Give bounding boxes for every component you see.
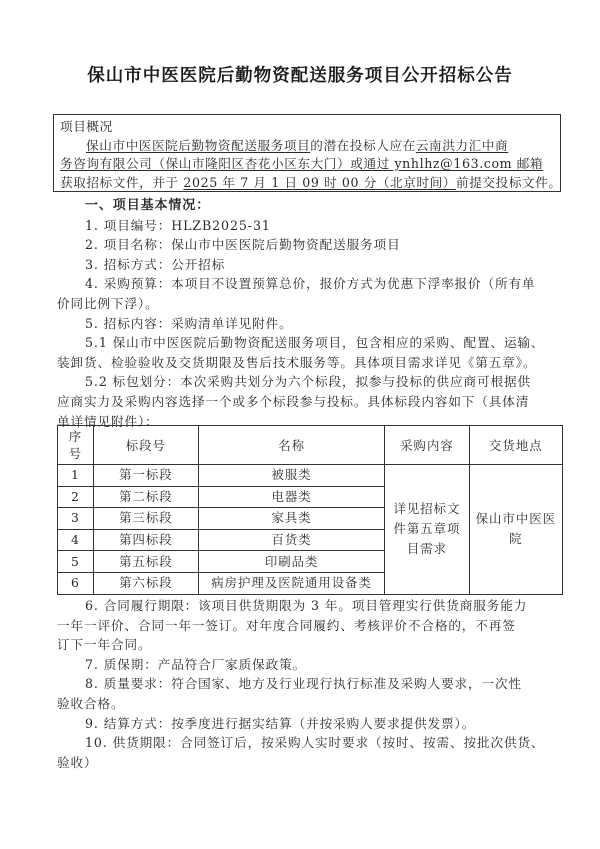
item-quality-cont: 验收合格。 [57, 694, 567, 714]
item-5-2: 5.2 标包划分：本次采购共划分为六个标段，拟参与投标的供应商可根据供 [57, 372, 567, 392]
header-lot: 标段号 [93, 426, 198, 465]
item-budget-cont: 价同比例下浮）。 [57, 294, 567, 314]
cell-no: 2 [58, 486, 94, 508]
item-tender-method: 3. 招标方式：公开招标 [57, 255, 567, 275]
item-5-1: 5.1 保山市中医医院后勤物资配送服务项目，包含相应的采购、配置、运输、 [57, 333, 567, 353]
item-project-number: 1. 项目编号：HLZB2025-31 [57, 216, 567, 236]
cell-lot: 第二标段 [93, 486, 198, 508]
section-basic-info: 一、项目基本情况： 1. 项目编号：HLZB2025-31 2. 项目名称：保山… [57, 196, 567, 431]
overview-text: 前提交投标文件。 [456, 175, 562, 190]
cell-name: 病房护理及医院通用设备类 [198, 572, 384, 594]
overview-line-1: 保山市中医医院后勤物资配送服务项目的潜在投标人应在云南洪力汇中商 [60, 137, 554, 156]
cell-name: 被服类 [198, 465, 384, 487]
item-contract-period-cont: 一年一评价、合同一年一签订。对年度合同履约、考核评价不合格的，不再签 [57, 616, 567, 636]
header-no: 序号 [58, 426, 94, 465]
item-contract-period-cont2: 订下一年合同。 [57, 635, 567, 655]
table-header-row: 序号 标段号 名称 采购内容 交货地点 [58, 426, 563, 465]
cell-lot: 第四标段 [93, 529, 198, 551]
cell-lot: 第五标段 [93, 551, 198, 573]
item-quality: 8. 质量要求：符合国家、地方及行业现行执行标准及采购人要求，一次性 [57, 674, 567, 694]
overview-text: 的潜在投标人应在 [310, 138, 416, 153]
page-title: 保山市中医医院后勤物资配送服务项目公开招标公告 [0, 62, 600, 87]
cell-name: 百货类 [198, 529, 384, 551]
deadline: 2025 年 7 月 1 日 09 时 00 分（北京时间） [183, 175, 456, 190]
header-name: 名称 [198, 426, 384, 465]
cell-no: 3 [58, 508, 94, 530]
cell-name: 印刷品类 [198, 551, 384, 573]
item-project-name: 2. 项目名称：保山市中医医院后勤物资配送服务项目 [57, 235, 567, 255]
item-settlement: 9. 结算方式：按季度进行据实结算（并按采购人要求提供发票）。 [57, 714, 567, 734]
item-5-1-cont: 装卸货、检验验收及交货期限及售后技术服务等。具体项目需求详见《第五章》。 [57, 353, 567, 373]
item-5-2-cont: 应商实力及采购内容选择一个或多个标段参与投标。具体标段内容如下（具体清 [57, 392, 567, 412]
cell-no: 5 [58, 551, 94, 573]
project-overview-box: 项目概况 保山市中医医院后勤物资配送服务项目的潜在投标人应在云南洪力汇中商 务咨… [53, 114, 561, 192]
cell-no: 4 [58, 529, 94, 551]
cell-lot: 第三标段 [93, 508, 198, 530]
cell-content-merged: 详见招标文件第五章项目需求 [385, 465, 469, 595]
item-supply-period: 10. 供货期限：合同签订后，按采购人实时要求（按时、按需、按批次供货、 [57, 733, 567, 753]
cell-lot: 第六标段 [93, 572, 198, 594]
cell-name: 电器类 [198, 486, 384, 508]
section-terms: 6. 合同履行期限：该项目供货期限为 3 年。项目管理实行供货商服务能力 一年一… [57, 596, 567, 772]
cell-location-merged: 保山市中医医院 [469, 465, 562, 595]
section-heading: 一、项目基本情况： [57, 196, 567, 216]
cell-no: 6 [58, 572, 94, 594]
item-budget: 4. 采购预算：本项目不设置预算总价，报价方式为优惠下浮率报价（所有单 [57, 274, 567, 294]
table-row: 1 第一标段 被服类 详见招标文件第五章项目需求 保山市中医医院 [58, 465, 563, 487]
cell-name: 家具类 [198, 508, 384, 530]
item-warranty: 7. 质保期：产品符合厂家质保政策。 [57, 655, 567, 675]
overview-heading: 项目概况 [60, 118, 554, 137]
item-tender-content: 5. 招标内容：采购清单详见附件。 [57, 314, 567, 334]
header-content: 采购内容 [385, 426, 469, 465]
header-location: 交货地点 [469, 426, 562, 465]
overview-text: 获取招标文件，并于 [60, 175, 183, 190]
item-supply-period-cont: 验收） [57, 753, 567, 773]
project-name-link: 保山市中医医院后勤物资配送服务项目 [86, 138, 310, 153]
overview-line-3: 获取招标文件，并于 2025 年 7 月 1 日 09 时 00 分（北京时间）… [60, 174, 554, 193]
overview-line-2: 务咨询有限公司（保山市隆阳区杏花小区东大门）或通过 ynhlhz@163.com… [60, 155, 554, 174]
item-contract-period: 6. 合同履行期限：该项目供货期限为 3 年。项目管理实行供货商服务能力 [57, 596, 567, 616]
cell-lot: 第一标段 [93, 465, 198, 487]
cell-no: 1 [58, 465, 94, 487]
lots-table: 序号 标段号 名称 采购内容 交货地点 1 第一标段 被服类 详见招标文件第五章… [57, 425, 563, 595]
agency-name: 云南洪力汇中商 [416, 138, 508, 153]
